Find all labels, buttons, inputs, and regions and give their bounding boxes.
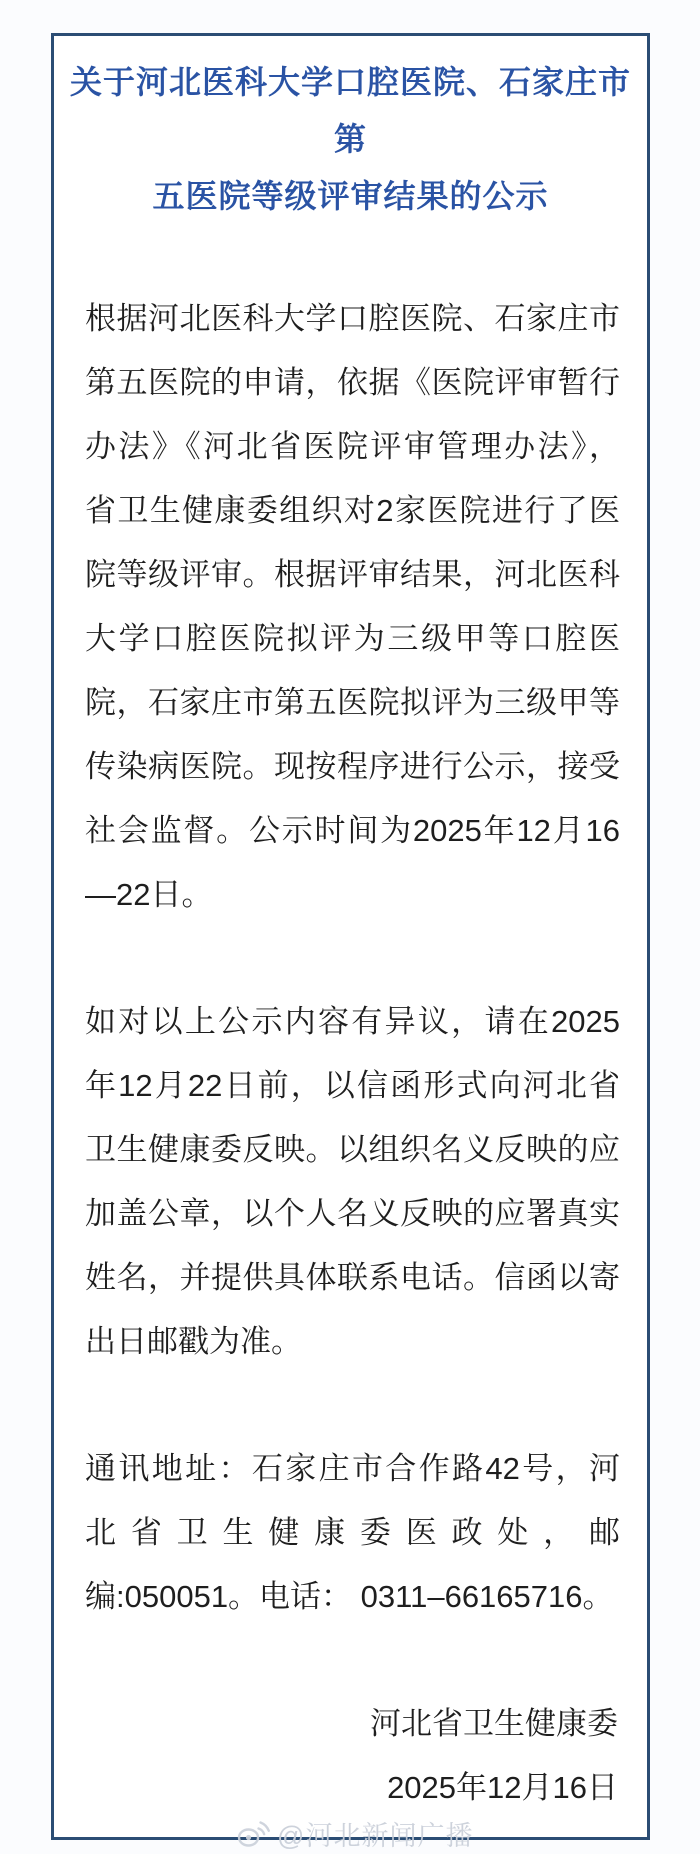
text-line: 通讯地址：石家庄市合作路42号，河 [85, 1437, 620, 1501]
text-line: 姓名，并提供具体联系电话。信函以寄 [85, 1246, 620, 1310]
signature-block: 河北省卫生健康委 2025年12月16日 [85, 1692, 620, 1820]
text-line: 卫生健康委反映。以组织名义反映的应 [85, 1118, 620, 1182]
notice-body: 根据河北医科大学口腔医院、石家庄市第五医院的申请，依据《医院评审暂行办法》《河北… [54, 287, 647, 1820]
text-line: 如对以上公示内容有异议，请在2025 [85, 990, 620, 1054]
notice-card-inner: 关于河北医科大学口腔医院、石家庄市第五医院等级评审结果的公示 根据河北医科大学口… [54, 36, 647, 1837]
notice-card: 关于河北医科大学口腔医院、石家庄市第五医院等级评审结果的公示 根据河北医科大学口… [51, 33, 650, 1840]
watermark: @河北新闻广播 [236, 1814, 473, 1853]
title-line: 五医院等级评审结果的公示 [58, 168, 643, 225]
text-line: 根据河北医科大学口腔医院、石家庄市 [85, 287, 620, 351]
paragraph: 根据河北医科大学口腔医院、石家庄市第五医院的申请，依据《医院评审暂行办法》《河北… [85, 287, 620, 927]
text-line: 出日邮戳为准。 [85, 1310, 620, 1374]
text-line: 大学口腔医院拟评为三级甲等口腔医 [85, 607, 620, 671]
text-line: —22日。 [85, 863, 620, 927]
text-line: 传染病医院。现按程序进行公示，接受 [85, 735, 620, 799]
text-line: 院等级评审。根据评审结果，河北医科 [85, 543, 620, 607]
text-line: 北省卫生健康委医政处，邮 [85, 1501, 620, 1565]
notice-title: 关于河北医科大学口腔医院、石家庄市第五医院等级评审结果的公示 [58, 54, 643, 225]
paragraph: 如对以上公示内容有异议，请在2025年12月22日前，以信函形式向河北省卫生健康… [85, 990, 620, 1374]
text-line: 省卫生健康委组织对2家医院进行了医 [85, 479, 620, 543]
text-line: 加盖公章，以个人名义反映的应署真实 [85, 1182, 620, 1246]
page: 关于河北医科大学口腔医院、石家庄市第五医院等级评审结果的公示 根据河北医科大学口… [0, 0, 700, 1854]
weibo-icon [236, 1819, 270, 1849]
text-line: 办法》《河北省医院评审管理办法》， [85, 415, 620, 479]
issue-date: 2025年12月16日 [85, 1756, 618, 1820]
issuer-name: 河北省卫生健康委 [85, 1692, 618, 1756]
text-line: 第五医院的申请，依据《医院评审暂行 [85, 351, 620, 415]
paragraph: 通讯地址：石家庄市合作路42号，河北省卫生健康委医政处，邮编:050051。电话… [85, 1437, 620, 1629]
text-line: 院，石家庄市第五医院拟评为三级甲等 [85, 671, 620, 735]
title-line: 关于河北医科大学口腔医院、石家庄市第 [58, 54, 643, 168]
text-line: 编:050051。电话： 0311–66165716。 [85, 1565, 620, 1629]
text-line: 年12月22日前，以信函形式向河北省 [85, 1054, 620, 1118]
watermark-label: @河北新闻广播 [277, 1814, 473, 1853]
text-line: 社会监督。公示时间为2025年12月16 [85, 799, 620, 863]
